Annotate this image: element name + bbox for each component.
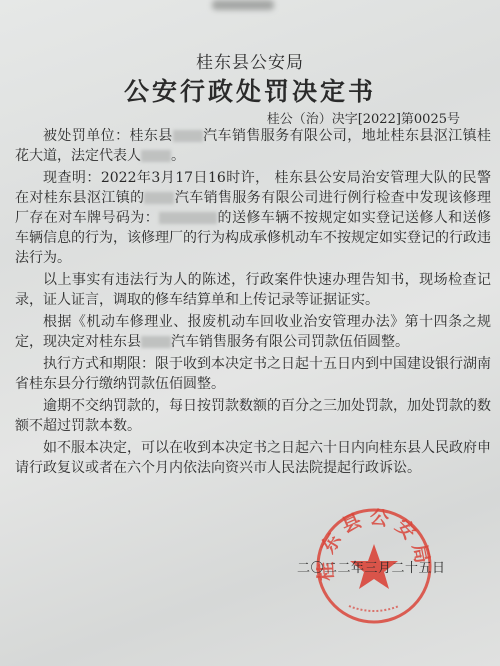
appeal-paragraph: 如不服本决定，可以在收到本决定书之日起六十日内向桂东县人民政府申请行政复议或者在…: [15, 438, 491, 478]
document-body: 被处罚单位：桂东县汽车销售服务有限公司，地址桂东县沤江镇桂花大道，法定代表人。 …: [15, 126, 491, 480]
redacted-representative: [141, 150, 171, 162]
redacted-name: [141, 336, 171, 348]
evidence-paragraph: 以上事实有违法行为人的陈述，行政案件快速办理告知书，现场检查记录，证人证言，调取…: [15, 270, 491, 310]
text: 。: [171, 148, 185, 164]
issue-date: 二〇二二年三月二十五日: [297, 557, 446, 576]
issuing-organization: 桂东县公安局: [0, 48, 500, 73]
text: 汽车销售服务有限公司罚款伍佰圆整。: [171, 334, 409, 350]
top-smudge: [212, 0, 274, 10]
redacted-name: [144, 192, 174, 204]
redacted-plate-number: [159, 212, 217, 224]
document-number: 桂公（治）决字[2022]第0025号: [267, 108, 460, 127]
findings-paragraph: 现查明：2022年3月17日16时许， 桂东县公安局治安管理大队的民警在对桂东县…: [15, 168, 491, 268]
text: 被处罚单位：桂东县: [43, 128, 173, 144]
late-penalty-paragraph: 逾期不交纳罚款的，每日按罚款数额的百分之三加处罚款，加处罚款的数额不超过罚款本数…: [15, 396, 491, 436]
decision-paragraph: 根据《机动车修理业、报废机动车回收业治安管理办法》第十四条之规定，现决定对桂东县…: [15, 312, 491, 352]
penalized-unit-paragraph: 被处罚单位：桂东县汽车销售服务有限公司，地址桂东县沤江镇桂花大道，法定代表人。: [15, 126, 491, 166]
document-title: 公安行政处罚决定书: [0, 72, 500, 108]
redacted-name: [173, 130, 203, 142]
execution-paragraph: 执行方式和期限：限于收到本决定书之日起十五日内到中国建设银行湖南省桂东县分行缴纳…: [15, 354, 491, 394]
